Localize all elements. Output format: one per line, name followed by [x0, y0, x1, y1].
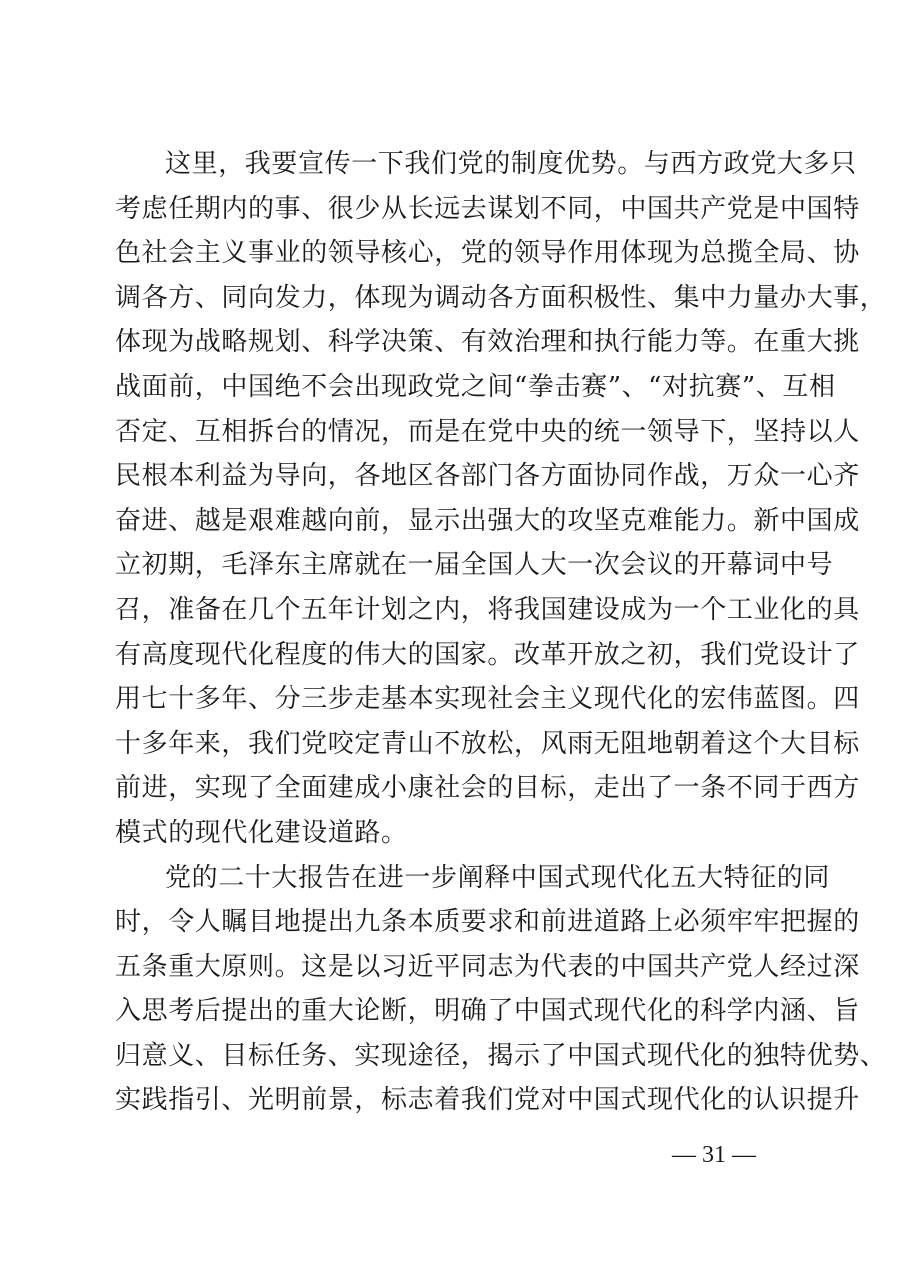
text-line: 归意义、目标任务、实现途径，揭示了中国式现代化的独特优势、: [115, 1034, 791, 1079]
text-line: 考虑任期内的事、很少从长远去谋划不同，中国共产党是中国特: [115, 187, 791, 232]
text-line: 有高度现代化程度的伟大的国家。改革开放之初，我们党设计了: [115, 633, 791, 678]
text-line: 战面前，中国绝不会出现政党之间“拳击赛”、“对抗赛”、互相: [115, 365, 791, 410]
text-line: 这里，我要宣传一下我们党的制度优势。与西方政党大多只: [115, 142, 791, 187]
page-number: — 31 —: [672, 1142, 756, 1169]
text-line: 党的二十大报告在进一步阐释中国式现代化五大特征的同: [115, 856, 791, 901]
text-line: 立初期，毛泽东主席就在一届全国人大一次会议的开幕词中号: [115, 543, 791, 588]
text-line: 召，准备在几个五年计划之内，将我国建设成为一个工业化的具: [115, 588, 791, 633]
text-line: 十多年来，我们党咬定青山不放松，风雨无阻地朝着这个大目标: [115, 722, 791, 767]
text-line: 体现为战略规划、科学决策、有效治理和执行能力等。在重大挑: [115, 320, 791, 365]
text-line: 入思考后提出的重大论断，明确了中国式现代化的科学内涵、旨: [115, 989, 791, 1034]
text-line: 调各方、同向发力，体现为调动各方面积极性、集中力量办大事，: [115, 276, 791, 321]
text-line: 模式的现代化建设道路。: [115, 811, 791, 856]
text-line: 实践指引、光明前景，标志着我们党对中国式现代化的认识提升: [115, 1078, 791, 1123]
text-line: 否定、互相拆台的情况，而是在党中央的统一领导下，坚持以人: [115, 410, 791, 455]
text-line: 奋进、越是艰难越向前，显示出强大的攻坚克难能力。新中国成: [115, 499, 791, 544]
text-line: 色社会主义事业的领导核心，党的领导作用体现为总揽全局、协: [115, 231, 791, 276]
text-line: 民根本利益为导向，各地区各部门各方面协同作战，万众一心齐: [115, 454, 791, 499]
text-line: 五条重大原则。这是以习近平同志为代表的中国共产党人经过深: [115, 945, 791, 990]
document-page: 这里，我要宣传一下我们党的制度优势。与西方政党大多只 考虑任期内的事、很少从长远…: [0, 0, 900, 1273]
paragraph-2: 党的二十大报告在进一步阐释中国式现代化五大特征的同 时，令人瞩目地提出九条本质要…: [115, 856, 791, 1124]
body-text: 这里，我要宣传一下我们党的制度优势。与西方政党大多只 考虑任期内的事、很少从长远…: [115, 142, 791, 1123]
text-line: 前进，实现了全面建成小康社会的目标，走出了一条不同于西方: [115, 766, 791, 811]
paragraph-1: 这里，我要宣传一下我们党的制度优势。与西方政党大多只 考虑任期内的事、很少从长远…: [115, 142, 791, 856]
text-line: 时，令人瞩目地提出九条本质要求和前进道路上必须牢牢把握的: [115, 900, 791, 945]
text-line: 用七十多年、分三步走基本实现社会主义现代化的宏伟蓝图。四: [115, 677, 791, 722]
